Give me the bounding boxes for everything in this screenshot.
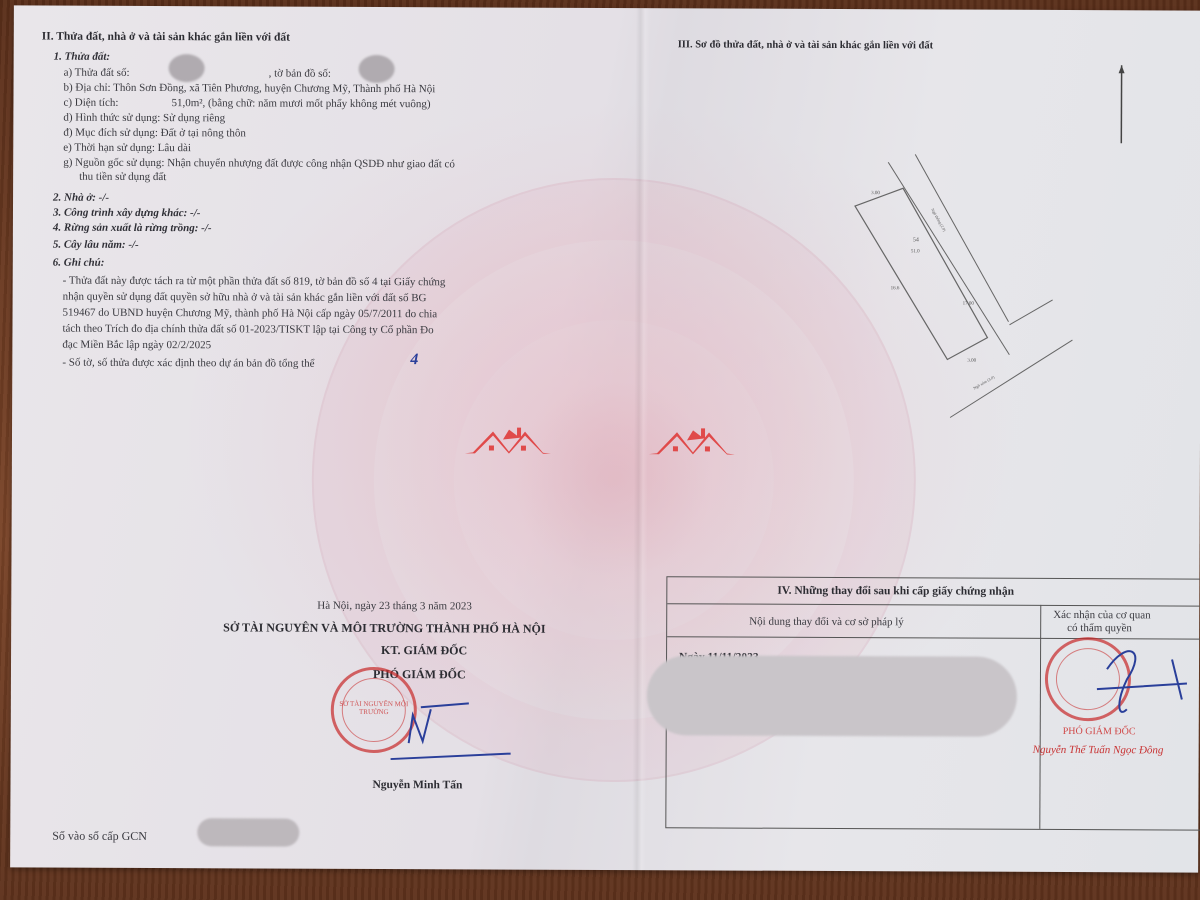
house-logo-icon xyxy=(649,424,735,456)
section3-title: III. Sơ đồ thửa đất, nhà ở và tài sản kh… xyxy=(678,38,933,53)
redacted-parcel-number xyxy=(169,54,205,82)
svg-text:Ngõ thông (2.0): Ngõ thông (2.0) xyxy=(930,207,947,232)
register-label: Số vào sổ cấp GCN xyxy=(52,829,147,843)
confirmation-signature-icon xyxy=(1087,639,1197,719)
issuing-agency: SỞ TÀI NGUYÊN VÀ MÔI TRƯỜNG THÀNH PHỐ HÀ… xyxy=(223,620,545,635)
confirmation-signer: Nguyễn Thế Tuấn Ngọc Đông xyxy=(1033,743,1164,758)
note-line: tách theo Trích đo địa chính thửa đất số… xyxy=(62,322,433,338)
column-divider xyxy=(1039,605,1041,829)
land-heading: 1. Thửa đất: xyxy=(54,50,110,64)
usage-origin-cont: thu tiền sử dụng đất xyxy=(79,170,166,184)
section4-title: IV. Những thay đổi sau khi cấp giấy chứn… xyxy=(777,584,1014,599)
svg-text:54: 54 xyxy=(913,237,919,243)
changes-table-header-row: Nội dung thay đổi và cơ sở pháp lý Xác n… xyxy=(667,603,1200,639)
north-arrow-icon xyxy=(1119,65,1123,143)
note-line: - Số tờ, số thửa được xác định theo dự á… xyxy=(62,356,314,371)
section2-title: II. Thửa đất, nhà ở và tài sản khác gắn … xyxy=(42,30,290,45)
house-heading: 2. Nhà ở: -/- xyxy=(53,191,109,205)
svg-text:Ngõ xóm (3.0): Ngõ xóm (3.0) xyxy=(972,374,996,390)
signature-icon xyxy=(391,697,521,768)
signer-name: Nguyễn Minh Tấn xyxy=(372,778,462,792)
note-line: nhận quyền sử dụng đất quyền sở hữu nhà … xyxy=(63,290,427,306)
col-change-content: Nội dung thay đổi và cơ sở pháp lý xyxy=(749,615,904,630)
svg-text:17.00: 17.00 xyxy=(963,302,975,307)
area-value: 51,0m², (bằng chữ: năm mươi mốt phẩy khô… xyxy=(171,96,430,111)
address: b) Địa chỉ: Thôn Sơn Đồng, xã Tiên Phươn… xyxy=(63,81,435,97)
usage-form: d) Hình thức sử dụng: Sử dụng riêng xyxy=(63,111,225,126)
land-certificate-sheet: II. Thửa đất, nhà ở và tài sản khác gắn … xyxy=(10,5,1200,872)
note-line: 519467 do UBND huyện Chương Mỹ, thành ph… xyxy=(63,306,438,322)
confirmation-title: PHÓ GIÁM ĐỐC xyxy=(1063,725,1136,739)
house-logo-icon xyxy=(465,423,551,455)
svg-text:16.6: 16.6 xyxy=(891,286,900,291)
forest: 4. Rừng sản xuất là rừng trồng: -/- xyxy=(53,221,212,236)
plot-sketch: 54 51.0 3.00 3.00 16.6 17.00 Ngõ thông (… xyxy=(832,139,1073,430)
note-line: - Thửa đất này được tách ra từ một phần … xyxy=(63,274,446,290)
area-label: c) Diện tích: xyxy=(63,96,118,110)
notes-heading: 6. Ghi chú: xyxy=(53,256,105,270)
kt-director: KT. GIÁM ĐỐC xyxy=(381,643,467,657)
col-confirmation-2: có thẩm quyền xyxy=(1067,621,1132,635)
redacted-register-number xyxy=(197,818,299,846)
other-construction: 3. Công trình xây dựng khác: -/- xyxy=(53,206,201,221)
usage-term: e) Thời hạn sử dụng: Lâu dài xyxy=(63,141,191,156)
note-line: đạc Miền Bắc lập ngày 02/2/2025 xyxy=(62,338,211,353)
place-date: Hà Nội, ngày 23 tháng 3 năm 2023 xyxy=(317,599,472,614)
svg-text:3.00: 3.00 xyxy=(871,191,880,196)
changes-table-title-row: IV. Những thay đổi sau khi cấp giấy chứn… xyxy=(667,577,1200,606)
redacted-map-sheet xyxy=(359,55,395,83)
perennial: 5. Cây lâu năm: -/- xyxy=(53,238,139,252)
svg-text:51.0: 51.0 xyxy=(911,249,920,254)
redacted-change-content xyxy=(647,655,1017,737)
parcel-number-label: a) Thửa đất số: xyxy=(64,66,130,80)
map-sheet-label: , tờ bản đồ số: xyxy=(269,67,331,81)
svg-text:3.00: 3.00 xyxy=(967,359,976,364)
usage-purpose: đ) Mục đích sử dụng: Đất ở tại nông thôn xyxy=(63,126,246,141)
handwritten-mark: 4 xyxy=(410,351,418,369)
changes-table: IV. Những thay đổi sau khi cấp giấy chứn… xyxy=(665,576,1200,830)
